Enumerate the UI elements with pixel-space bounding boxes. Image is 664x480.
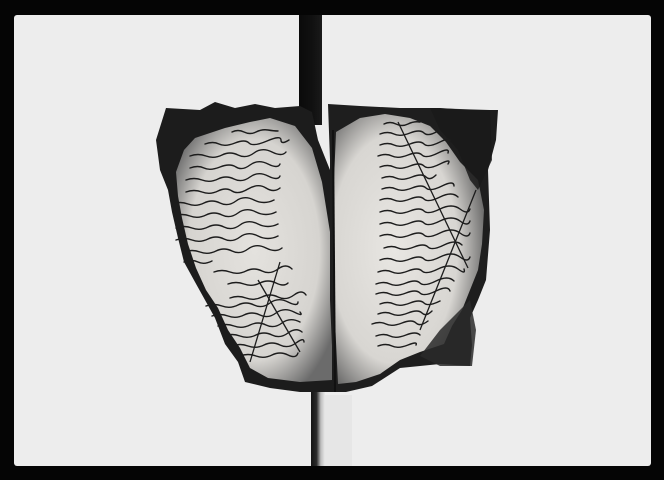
burnt-manuscript-fragment: [0, 0, 664, 480]
left-page-fragment: [156, 102, 334, 392]
